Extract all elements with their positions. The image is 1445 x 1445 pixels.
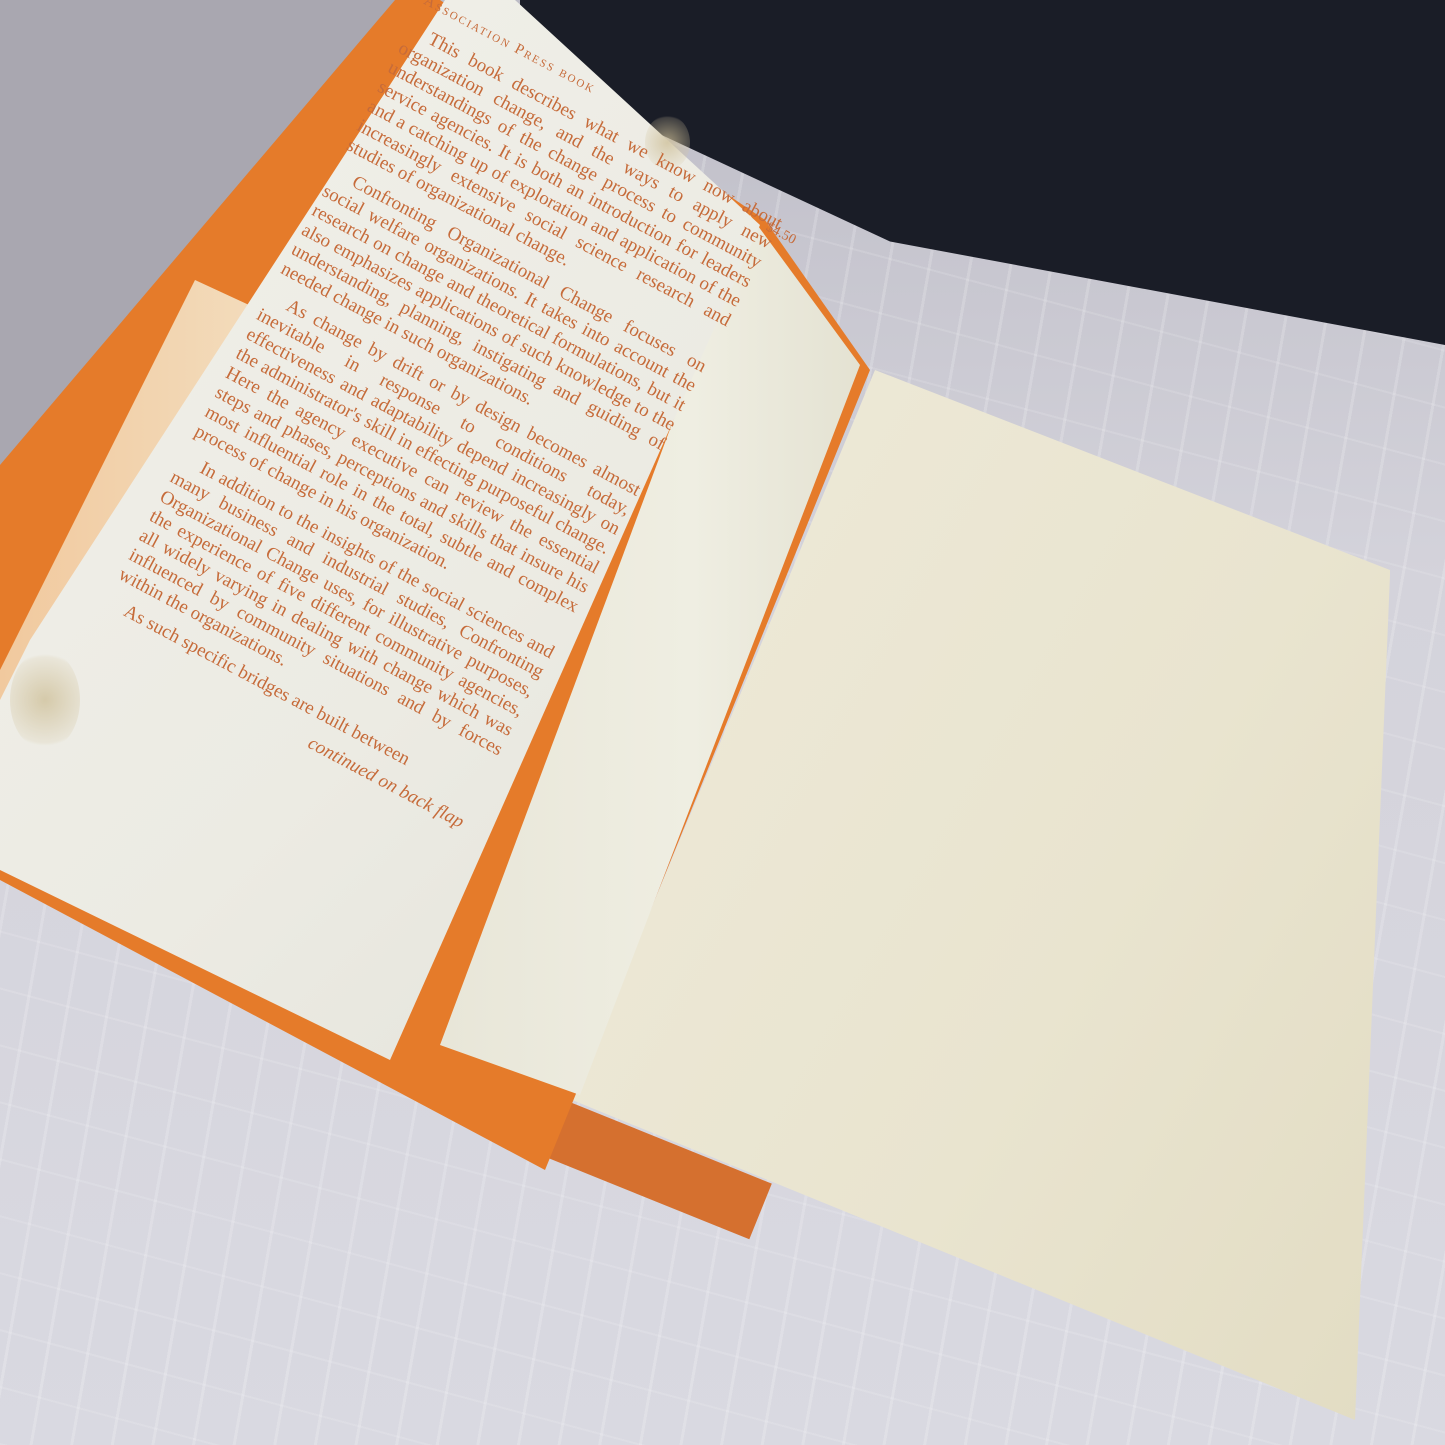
stain-left (10, 650, 80, 750)
